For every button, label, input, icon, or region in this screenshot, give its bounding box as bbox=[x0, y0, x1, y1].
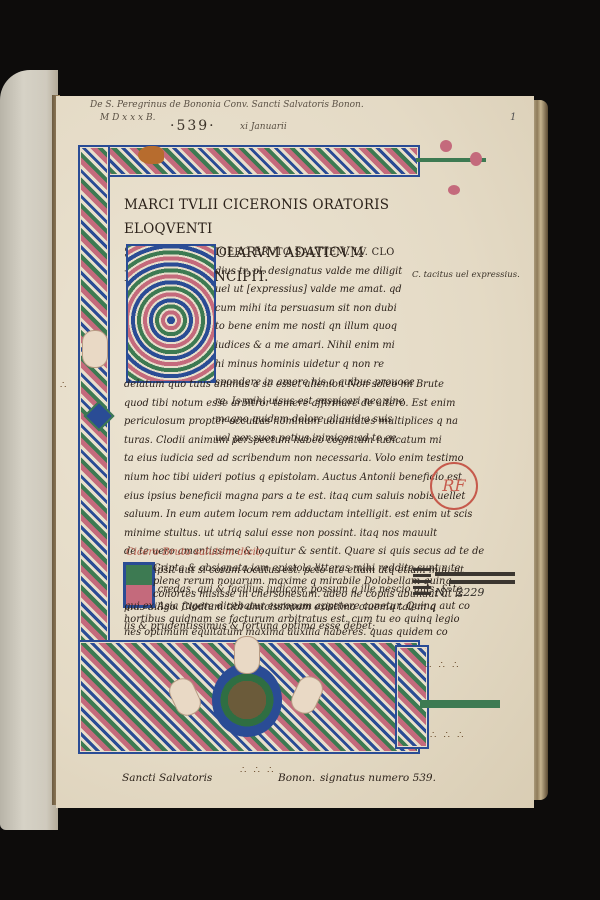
title-line-1: MARCI TVLII CICERONIS ORATORIS ELOQVENTI bbox=[124, 193, 404, 241]
inventory-stamp: N.° 2229 bbox=[413, 568, 521, 604]
winged-putto-icon bbox=[234, 636, 260, 674]
stamp-bar bbox=[449, 580, 515, 584]
illuminated-border-left bbox=[78, 145, 110, 649]
inventory-number: N.° 2229 bbox=[435, 586, 484, 599]
text-line: periculosum propter occultas hominum uol… bbox=[124, 413, 484, 432]
text-line: uel ut [expressius] valde me amat. qd bbox=[215, 281, 415, 300]
rubric-heading: Cicero Bruto salutem dicit; bbox=[126, 547, 263, 558]
text-line: cum mihi ita persuasum sit non dubi bbox=[215, 300, 415, 319]
stamp-crest-icon bbox=[413, 568, 431, 596]
letter2-text-full: qui ex Asia fugere dicebatur europam app… bbox=[124, 600, 470, 639]
margin-annotation: C. tacitus uel expressius. bbox=[412, 270, 520, 280]
text-line: quod tibi notum esse arbitror temere aff… bbox=[124, 395, 484, 414]
pink-flower-icon bbox=[448, 185, 460, 195]
text-line: iudices & a me amari. Nihil enim mi bbox=[215, 337, 415, 356]
footer-note-part1: Sancti Salvatoris bbox=[122, 772, 212, 784]
header-note-line2: M D x x x B. bbox=[100, 113, 155, 123]
illuminated-initial-c bbox=[126, 244, 216, 383]
text-line: ta eius iudicia sed ad scribendum non ne… bbox=[124, 450, 484, 469]
flower-spray-bottom-icon bbox=[420, 700, 500, 708]
text-line: minime stultus. ut utriq salui esse non … bbox=[124, 525, 484, 544]
text-line: turas. Clodii animum perspectum habeo co… bbox=[124, 432, 484, 451]
putto-margin-icon bbox=[82, 330, 108, 368]
text-line: saluum. In eum autem locum rem adductam … bbox=[124, 506, 484, 525]
header-note-line1: De S. Peregrinus de Bononia Conv. Sancti… bbox=[90, 100, 364, 110]
stamp-bar bbox=[435, 572, 515, 576]
text-line: hortibus quidnam se facturum arbitratus … bbox=[124, 613, 470, 626]
left-facing-page bbox=[0, 70, 58, 830]
text-line: nes optimum equitatum maxima auxilia hab… bbox=[124, 626, 470, 639]
footer-note-part2: Bonon. bbox=[278, 772, 315, 784]
illuminated-border-corner bbox=[395, 645, 429, 749]
gold-dot-cluster-icon: ∴ ∴ ∴ bbox=[240, 765, 275, 776]
text-line: ICERO BRVTO SALVTEM. LV. CLO bbox=[215, 244, 415, 263]
pink-flower-icon bbox=[470, 152, 482, 166]
text-line: to bene enim me nosti qn illum quoq bbox=[215, 318, 415, 337]
gold-dot-cluster-icon: ∴ ∴ ∴ bbox=[430, 730, 465, 741]
pink-flower-icon bbox=[440, 140, 452, 152]
text-line: dius tr. pl. designatus valde me diligit bbox=[215, 263, 415, 282]
shelf-mark: ·539· bbox=[170, 118, 216, 134]
library-stamp: RF bbox=[430, 462, 478, 510]
text-line: hi minus hominis uidetur q non re bbox=[215, 356, 415, 375]
folio-number: 1 bbox=[510, 112, 516, 123]
text-line: delatum quo tuus animus a se esset alien… bbox=[124, 376, 484, 395]
footer-note-part3: signatus numero 539. bbox=[320, 772, 436, 784]
gold-dot-cluster-icon: ∴ ∴ ∴ bbox=[425, 660, 460, 671]
gold-dot-cluster-icon: ∴ bbox=[60, 380, 68, 391]
stamp-monogram: RF bbox=[442, 476, 465, 495]
coat-of-arms-medallion-icon bbox=[212, 663, 282, 737]
squirrel-icon bbox=[138, 146, 164, 164]
illuminated-border-top bbox=[78, 145, 420, 177]
date-note: xi Januarii bbox=[240, 122, 287, 132]
